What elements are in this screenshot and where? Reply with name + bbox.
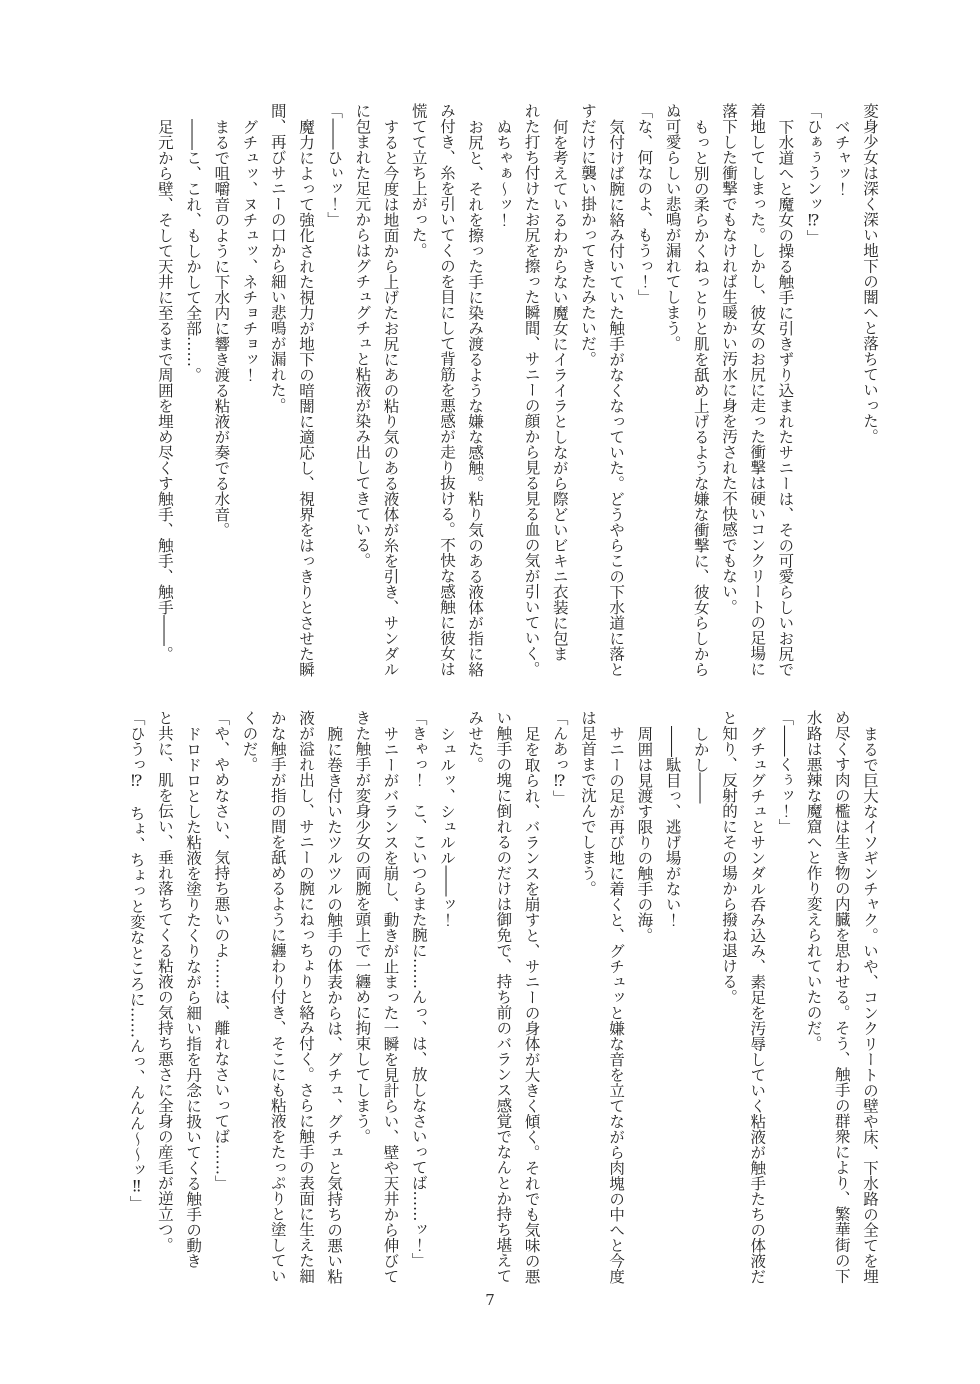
text-line: 腕に巻き付いたツルツルの触手の体表からは、グチュ、グチュと気持ちの悪い粘: [320, 710, 348, 1290]
text-line: お尻と、それを擦った手に染み渡るような嫌な感触。粘り気のある液体が指に絡: [461, 103, 489, 681]
text-line: サニーの足が再び地に着くと、グチュッと嫌な音を立てながら肉塊の中へと今度: [602, 710, 630, 1290]
text-line: ――こ、これ、もしかして全部……。: [179, 103, 207, 681]
text-line: 何を考えているわからない魔女にイライラとしながら際どいビキニ衣装に包ま: [546, 103, 574, 681]
text-line: ぬ可愛らしい悲鳴が漏れてしまう。: [658, 103, 686, 681]
text-line: グチュッ、ヌチュッ、ネチョチョッ！: [235, 103, 263, 681]
text-line: 「や、やめなさい、気持ち悪いのよ……は、離れなさいってば……」: [207, 710, 235, 1290]
text-line: グチュグチュとサンダル呑み込み、素足を汚辱していく粘液が触手たちの体液だ: [743, 710, 771, 1290]
text-line: 「ひうっ⁉ ちょ、ちょっと変なところに……んっ、んんん～～ッ‼」: [123, 710, 151, 1290]
text-line: 周囲は見渡す限りの触手の海。: [630, 710, 658, 1290]
text-line: 足元から壁、そして天井に至るまで周囲を埋め尽くす触手、触手、触手――。: [151, 103, 179, 681]
text-line: 落下した衝撃でもなければ生暖かい汚水に身を汚された不快感でもない。: [715, 103, 743, 681]
text-line: れた打ち付けたお尻を擦った瞬間、サニーの顔から見る見る血の気が引いていく。: [517, 103, 545, 681]
text-line: すると今度は地面から上げたお尻にあの粘り気のある液体が糸を引き、サンダル: [376, 103, 404, 681]
text-line: ドロドロとした粘液を塗りたくりながら細い指を丹念に扱いてくる触手の動き: [179, 710, 207, 1290]
text-line: すだけに襲い掛かってきたみたいだ。: [574, 103, 602, 681]
text-line: と共に、肌を伝い、垂れ落ちてくる粘液の気持ち悪さに全身の産毛が逆立つ。: [151, 710, 179, 1290]
text-line: まるで咀嚼音のように下水内に響き渡る粘液が奏でる水音。: [207, 103, 235, 681]
text-line: い触手の塊に倒れるのだけは御免で、持ち前のバランス感覚でなんとか持ち堪えて: [489, 710, 517, 1290]
text-line: め尽くす肉の檻は生き物の内臓を思わせる。そう、触手の群衆により、繁華街の下: [828, 710, 856, 1290]
text-line: は足首まで沈んでしまう。: [574, 710, 602, 1290]
text-line: 「な、何なのよ、もうっ！」: [630, 103, 658, 681]
text-line: サニーがバランスを崩し、動きが止まった一瞬を見計らい、壁や天井から伸びて: [376, 710, 404, 1290]
text-line: 水路は悪辣な魔窟へと作り変えられていたのだ。: [799, 710, 827, 1290]
document-page: 変身少女は深く深い地下の闇へと落ちていった。ベチャッ！「ひぁぅうンッ⁉」下水道へ…: [0, 0, 980, 1384]
text-line: 気付けば腕に絡み付いていた触手がなくなっていた。どうやらこの下水道に落と: [602, 103, 630, 681]
text-line: 変身少女は深く深い地下の闇へと落ちていった。: [856, 103, 884, 681]
page-number: 7: [0, 1291, 980, 1309]
text-line: 下水道へと魔女の操る触手に引きずり込まれたサニーは、その可愛らしいお尻で: [771, 103, 799, 681]
text-line: 液が溢れ出し、サニーの腕にねっちょりと絡み付く。さらに触手の表面に生えた細: [292, 710, 320, 1290]
text-line: もっと別の柔らかくねっとりと肌を舐め上げるような嫌な衝撃に、彼女らしから: [687, 103, 715, 681]
text-line: 「ひぁぅうンッ⁉」: [799, 103, 827, 681]
text-line: ぬちゃぁ～ッ！: [489, 103, 517, 681]
text-line: 間、再びサニーの口から細い悲鳴が漏れた。: [264, 103, 292, 681]
text-line: と知り、反射的にその場から撥ね退ける。: [715, 710, 743, 1290]
text-line: ――駄目っ、逃げ場がない！: [658, 710, 686, 1290]
text-line: 「――くぅッ！」: [771, 710, 799, 1290]
text-line: かな触手が指の間を舐めるように纏わり付き、そこにも粘液をたっぷりと塗してい: [264, 710, 292, 1290]
text-line: 「きゃっ！ こ、こいつらまた腕に……んっ、は、放しなさいってば……ッ！」: [405, 710, 433, 1290]
text-line: 「――ひぃッ！」: [320, 103, 348, 681]
text-line: まるで巨大なイソギンチャク。いや、コンクリートの壁や床、下水路の全てを埋: [856, 710, 884, 1290]
bottom-text-block: まるで巨大なイソギンチャク。いや、コンクリートの壁や床、下水路の全てを埋め尽くす…: [123, 710, 884, 1290]
text-line: ベチャッ！: [828, 103, 856, 681]
text-line: くのだ。: [235, 710, 263, 1290]
text-line: しかし――: [687, 710, 715, 1290]
text-line: みせた。: [461, 710, 489, 1290]
text-line: 魔力によって強化された視力が地下の暗闇に適応し、視界をはっきりとさせた瞬: [292, 103, 320, 681]
top-text-block: 変身少女は深く深い地下の闇へと落ちていった。ベチャッ！「ひぁぅうンッ⁉」下水道へ…: [151, 103, 884, 681]
text-line: に包まれた足元からはグチュグチュと粘液が染み出してきている。: [348, 103, 376, 681]
text-line: 着地してしまった。しかし、彼女のお尻に走った衝撃は硬いコンクリートの足場に: [743, 103, 771, 681]
text-line: 慌てて立ち上がった。: [405, 103, 433, 681]
text-line: 足を取られ、バランスを崩すと、サニーの身体が大きく傾く。それでも気味の悪: [517, 710, 545, 1290]
text-line: み付き、糸を引いてくのを目にして背筋を悪感が走り抜ける。不快な感触に彼女は: [433, 103, 461, 681]
text-line: 「んあっ⁉」: [546, 710, 574, 1290]
text-line: シュルッ、シュルル――ッ！: [433, 710, 461, 1290]
text-line: きた触手が変身少女の両腕を頭上で一纏めに拘束してしまう。: [348, 710, 376, 1290]
